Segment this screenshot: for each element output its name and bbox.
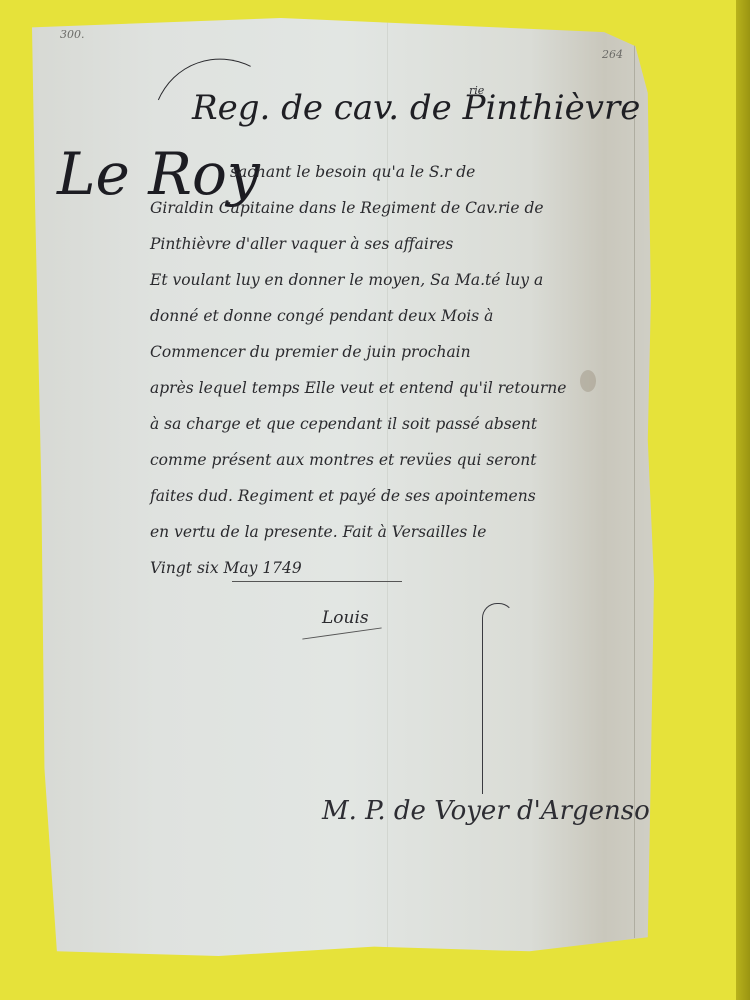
paper-stain (580, 370, 596, 392)
text-line-10: faites dud. Regiment et payé de ses apoi… (150, 487, 536, 505)
text-line-7: après lequel temps Elle veut et entend q… (150, 379, 566, 397)
text-line-8: à sa charge et que cependant il soit pas… (150, 415, 537, 433)
signature-louis-flourish (302, 627, 381, 639)
signature-paraph-stroke (482, 603, 514, 794)
signature-louis: Louis (322, 608, 369, 628)
text-line-4: Et voulant luy en donner le moyen, Sa Ma… (150, 271, 543, 289)
text-line-6: Commencer du premier de juin prochain (150, 343, 471, 361)
text-line-12-date: Vingt six May 1749 (150, 559, 302, 577)
corner-note-left: 300. (60, 28, 85, 41)
date-underline (232, 581, 402, 582)
background-edge-shadow (736, 0, 750, 1000)
text-line-3: Pinthièvre d'aller vaquer à ses affaires (150, 235, 453, 253)
text-line-5: donné et donne congé pendant deux Mois à (150, 307, 493, 325)
corner-note-right: 264 (602, 48, 623, 61)
text-line-11: en vertu de la presente. Fait à Versaill… (150, 523, 486, 541)
text-line-2: Giraldin Capitaine dans le Regiment de C… (150, 199, 544, 217)
text-line-1: sachant le besoin qu'a le S.r de (230, 163, 475, 181)
signature-argenson: M. P. de Voyer d'Argenson (322, 796, 667, 826)
manuscript-page: 300. 264 rie Reg. de cav. de Pinthièvre … (32, 18, 654, 956)
text-line-9: comme présent aux montres et revües qui … (150, 451, 536, 469)
